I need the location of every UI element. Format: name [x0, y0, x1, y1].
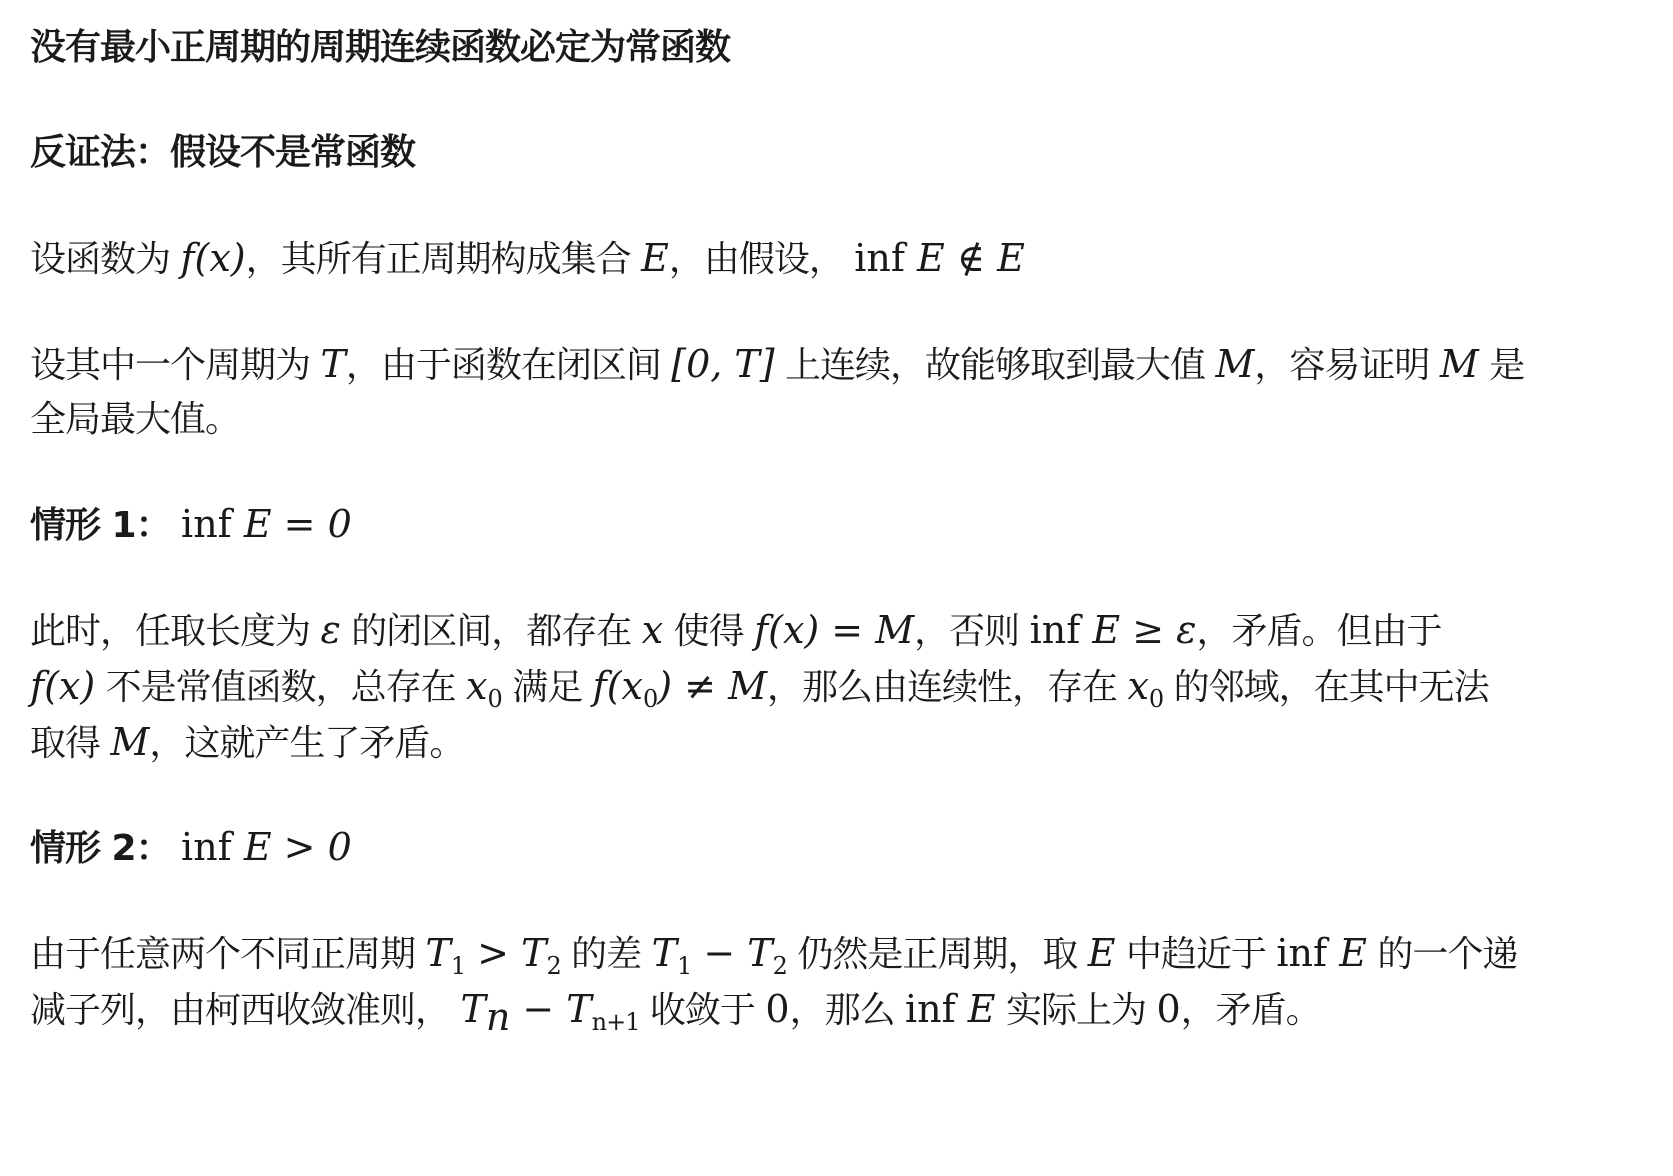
case-2-heading: 情形 2： inf E > 0: [30, 823, 352, 873]
math: inf: [905, 987, 956, 1031]
case-1-heading: 情形 1： inf E = 0: [30, 500, 352, 550]
math: ) ≠ M: [657, 664, 767, 708]
text: 取得: [30, 723, 110, 764]
math: f(x): [180, 236, 245, 280]
math: T: [460, 987, 485, 1031]
text: ，容易证明: [1254, 345, 1439, 386]
math: E ≥ ε: [1080, 608, 1196, 652]
math: inf: [181, 825, 232, 869]
method-heading: 反证法：假设不是常函数: [30, 129, 415, 177]
math: E = 0: [232, 502, 352, 546]
math: 0: [1156, 987, 1180, 1031]
paragraph-case1-line2: f(x) 不是常值函数，总存在 x0 满足 f(x0) ≠ M，那么由连续性，存…: [30, 662, 1489, 712]
page-title: 没有最小正周期的周期连续函数必定为常函数: [30, 24, 730, 72]
text: ，其所有正周期构成集合: [246, 239, 641, 280]
math: ε: [320, 608, 340, 652]
text: 实际上为: [996, 990, 1157, 1031]
text: 不是常值函数，总存在: [95, 667, 466, 708]
text: 收敛于: [639, 990, 765, 1031]
case-label: 情形 2：: [30, 828, 171, 869]
math: 0: [765, 987, 789, 1031]
math-subscript: 0: [1149, 685, 1163, 713]
paragraph-case2-line2: 减子列，由柯西收敛准则， Tn − Tn+1 收敛于 0，那么 inf E 实际…: [30, 985, 1321, 1035]
math: f(x): [30, 664, 95, 708]
paragraph-case1-line3: 取得 M，这就产生了矛盾。: [30, 718, 464, 768]
math: x: [642, 608, 663, 652]
math: E: [1088, 931, 1116, 975]
math: inf: [1276, 931, 1327, 975]
text: 此时，任取长度为: [30, 611, 320, 652]
math: E: [1327, 931, 1367, 975]
math-subscript: 2: [773, 952, 787, 980]
text: 设其中一个周期为: [30, 345, 320, 386]
text: ，矛盾。但由于: [1197, 611, 1442, 652]
case-label: 情形 1：: [30, 505, 171, 546]
math: M: [110, 720, 149, 764]
math: E: [641, 236, 669, 280]
math: [0, T]: [671, 342, 774, 386]
text: 使得: [663, 611, 754, 652]
paragraph-case1-line1: 此时，任取长度为 ε 的闭区间，都存在 x 使得 f(x) = M，否则 inf…: [30, 606, 1442, 656]
text: ，那么: [790, 990, 905, 1031]
text: ，由假设，: [669, 239, 854, 280]
math: inf: [181, 502, 232, 546]
math: f(x: [593, 664, 643, 708]
text: 上连续，故能够取到最大值: [775, 345, 1216, 386]
math-subscript: 1: [451, 952, 465, 980]
math: E > 0: [232, 825, 352, 869]
math: > T: [465, 931, 546, 975]
math-subscript: n: [486, 995, 510, 1039]
math: − T: [510, 987, 591, 1031]
text: 的闭区间，都存在: [341, 611, 642, 652]
math: x: [466, 664, 487, 708]
paragraph-period: 设其中一个周期为 T，由于函数在闭区间 [0, T] 上连续，故能够取到最大值 …: [30, 340, 1524, 390]
text: ，这就产生了矛盾。: [149, 723, 464, 764]
math: − T: [691, 931, 772, 975]
text: 仍然是正周期，取: [787, 934, 1088, 975]
text: 设函数为: [30, 239, 180, 280]
paragraph-case2-line1: 由于任意两个不同正周期 T1 > T2 的差 T1 − T2 仍然是正周期，取 …: [30, 929, 1517, 979]
paragraph-definition: 设函数为 f(x)，其所有正周期构成集合 E，由假设， inf E ∉ E: [30, 234, 1025, 284]
text: 减子列，由柯西收敛准则，: [30, 990, 460, 1031]
math: M: [1216, 342, 1255, 386]
math: T: [652, 931, 677, 975]
text: 的一个递: [1367, 934, 1517, 975]
paragraph-period-line2: 全局最大值。: [30, 396, 240, 444]
text: 中趋近于: [1116, 934, 1277, 975]
math: T: [425, 931, 450, 975]
math-subscript: n+1: [592, 1008, 640, 1036]
math: x: [1127, 664, 1148, 708]
text: 由于任意两个不同正周期: [30, 934, 425, 975]
math: f(x) = M: [754, 608, 914, 652]
math-subscript: 0: [487, 685, 501, 713]
text: 满足: [502, 667, 593, 708]
text: ，矛盾。: [1181, 990, 1321, 1031]
text: 是: [1479, 345, 1524, 386]
math-subscript: 0: [643, 685, 657, 713]
text: ，由于函数在闭区间: [346, 345, 671, 386]
math: inf: [1030, 608, 1081, 652]
math: inf: [854, 236, 905, 280]
text: ，否则: [914, 611, 1029, 652]
math-subscript: 1: [677, 952, 691, 980]
math: M: [1440, 342, 1479, 386]
math: E ∉ E: [905, 236, 1025, 280]
math: T: [320, 342, 345, 386]
text: 的差: [561, 934, 652, 975]
math-subscript: 2: [546, 952, 560, 980]
text: ，那么由连续性，存在: [767, 667, 1127, 708]
text: 的邻域，在其中无法: [1163, 667, 1488, 708]
math: E: [956, 987, 996, 1031]
